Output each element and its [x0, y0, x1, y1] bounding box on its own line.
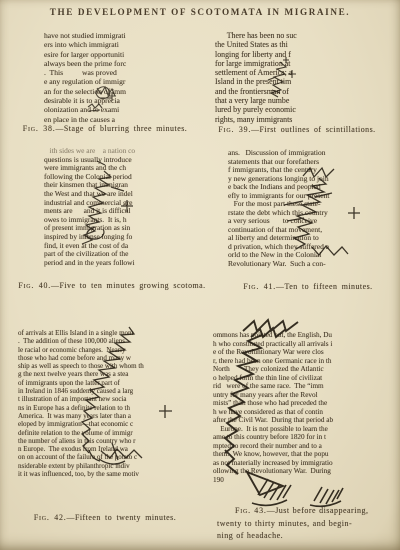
text-line: . The addition of these 100,000 aliens	[18, 337, 206, 345]
text-line: esire for larger opportuniti	[44, 50, 202, 59]
text-line: h who constituted practically all arriva…	[213, 340, 394, 349]
figure-41-caption-text: —Ten to fifteen minutes.	[276, 282, 373, 291]
text-line: ommons has pointed out, the English, Du	[213, 331, 394, 340]
text-line: eloped by immigration—that economic c	[18, 420, 206, 428]
text-line: 190	[213, 476, 394, 485]
text-line: them. We know, however, that the popu	[213, 450, 394, 459]
figure-42-text: of arrivals at Ellis Island in a single …	[18, 329, 206, 478]
text-line: North They colonized the Atlantic	[213, 365, 394, 374]
text-line: g the next twelve years there was a stea	[18, 370, 206, 378]
text-line: untry for many years after the Revol	[213, 391, 394, 400]
figure-41-label: Fig. 41.	[243, 282, 276, 291]
text-line: ame to this country before 1820 for in t	[213, 433, 394, 442]
text-line: h we have considered as that of contin	[213, 408, 394, 417]
figure-38-text: have not studied immigratiers into which…	[44, 31, 202, 124]
text-line: e of the Revoluntionary War were clos	[213, 348, 394, 357]
text-line: r, there had been one Germanic race in t…	[213, 357, 394, 366]
text-line: rights, many immigrants	[215, 115, 389, 124]
text-line: period and in the years followi	[44, 259, 208, 268]
figure-42-label: Fig. 42.	[34, 513, 67, 522]
figure-39-text: There has been no sucthe United States a…	[215, 31, 389, 124]
text-line: always been the prime forc	[44, 59, 202, 68]
figure-40-caption: Fig. 40.—Five to ten minutes growing sco…	[4, 281, 220, 290]
text-line: have not studied immigrati	[44, 31, 202, 40]
text-line: mists” than those who had preceded the	[213, 399, 394, 408]
text-line: ers into which immigrati	[44, 40, 202, 49]
scanned-book-page: THE DEVELOPMENT OF SCOTOMATA IN MIGRAINE…	[0, 0, 400, 550]
figure-43-text: ommons has pointed out, the English, Duh…	[213, 331, 394, 484]
text-line: e any regulation of immigr	[44, 77, 202, 86]
text-line: definite relation to the volume of immig…	[18, 429, 206, 437]
text-line: an for the selection of imm	[44, 87, 202, 96]
text-line: lured by purely economic	[215, 105, 389, 114]
text-line: longing for liberty and f	[215, 50, 389, 59]
figure-39-label: Fig. 39.	[218, 125, 251, 134]
text-line: Europe. It is not possible to learn the	[213, 425, 394, 434]
text-line: after the Civil War. During that period …	[213, 416, 394, 425]
text-line: olonization and to exami	[44, 105, 202, 114]
text-line: Revolutionary War. Such a con-	[228, 260, 392, 269]
figure-39-caption: Fig. 39.—First outlines of scintillation…	[204, 125, 390, 134]
text-line: it it was influenced, too, by the same m…	[18, 470, 206, 478]
text-line: as not materially increased by immigrati…	[213, 459, 394, 468]
text-line: the number of aliens in this country who…	[18, 437, 206, 445]
figure-43-caption-text: —Just before disappearing,	[267, 506, 369, 515]
text-line: nsiderable extent by philanthropic indiv	[18, 462, 206, 470]
page-title: THE DEVELOPMENT OF SCOTOMATA IN MIGRAINE…	[0, 7, 400, 17]
text-line: There has been no suc	[215, 31, 389, 40]
text-line: t illustration of an important new socia	[18, 395, 206, 403]
text-line: of arrivals at Ellis Island in a single …	[18, 329, 206, 337]
figure-42-caption-text: —Fifteen to twenty minutes.	[67, 513, 177, 522]
text-line: desirable it is to apprecia	[44, 96, 202, 105]
figure-40-text: ith sides we are a nation coquestions is…	[44, 147, 208, 267]
text-line: for large immigration at	[215, 59, 389, 68]
figure-39-caption-text: —First outlines of scintillations.	[251, 125, 376, 134]
figure-43-caption-line: twenty to thirty minutes, and begin-	[217, 518, 395, 531]
text-line: mpted to record their number and to a	[213, 442, 394, 451]
figure-38-caption: Fig. 38.—Stage of blurring three minutes…	[12, 124, 198, 133]
text-line: o helped form the thin line of civilizat	[213, 374, 394, 383]
text-line: in Ireland in 1846 suddenly caused a lar…	[18, 387, 206, 395]
figure-40-label: Fig. 40.	[18, 281, 51, 290]
text-line: on on account of the failure of the pota…	[18, 453, 206, 461]
figure-38-label: Fig. 38.	[23, 124, 56, 133]
text-line: settlement of America; a	[215, 68, 389, 77]
text-line: ns in Europe has a definite relation to …	[18, 404, 206, 412]
text-line: rid were of the same race. The “imm	[213, 382, 394, 391]
text-line: Island in the present tim	[215, 77, 389, 86]
figure-40-caption-text: —Five to ten minutes growing scotoma.	[51, 281, 206, 290]
text-line: the United States as thi	[215, 40, 389, 49]
figure-41-text: ans. Discussion of immigrationstatements…	[228, 149, 392, 268]
text-line: of immigrants upon the latter part of	[18, 379, 206, 387]
figure-43-caption-line: ning of headache.	[217, 530, 395, 543]
text-line: en place in the causes a	[44, 115, 202, 124]
text-line: ship as well as speech to those with who…	[18, 362, 206, 370]
text-line: ollowing the Revolutionary War. During	[213, 467, 394, 476]
text-line: n Europe. The exodus from Ireland wa	[18, 445, 206, 453]
text-line: and the frontiersman of	[215, 87, 389, 96]
figure-43-caption-line: Fig. 43.—Just before disappearing,	[217, 505, 395, 518]
text-line: those who had come before and many w	[18, 354, 206, 362]
text-line: . This was proved	[44, 68, 202, 77]
text-line: ith sides we are a nation co	[44, 147, 208, 156]
figure-41-caption: Fig. 41.—Ten to fifteen minutes.	[224, 282, 392, 291]
figure-43-label: Fig. 43.	[235, 506, 267, 515]
figure-42-caption: Fig. 42.—Fifteen to twenty minutes.	[10, 513, 200, 522]
text-line: le racial or economic changes. Nearly	[18, 346, 206, 354]
text-line: that a very large numbe	[215, 96, 389, 105]
figure-43-caption: Fig. 43.—Just before disappearing, twent…	[217, 505, 395, 543]
figure-38-caption-text: —Stage of blurring three minutes.	[56, 124, 188, 133]
text-line: America. It was many years later than a	[18, 412, 206, 420]
